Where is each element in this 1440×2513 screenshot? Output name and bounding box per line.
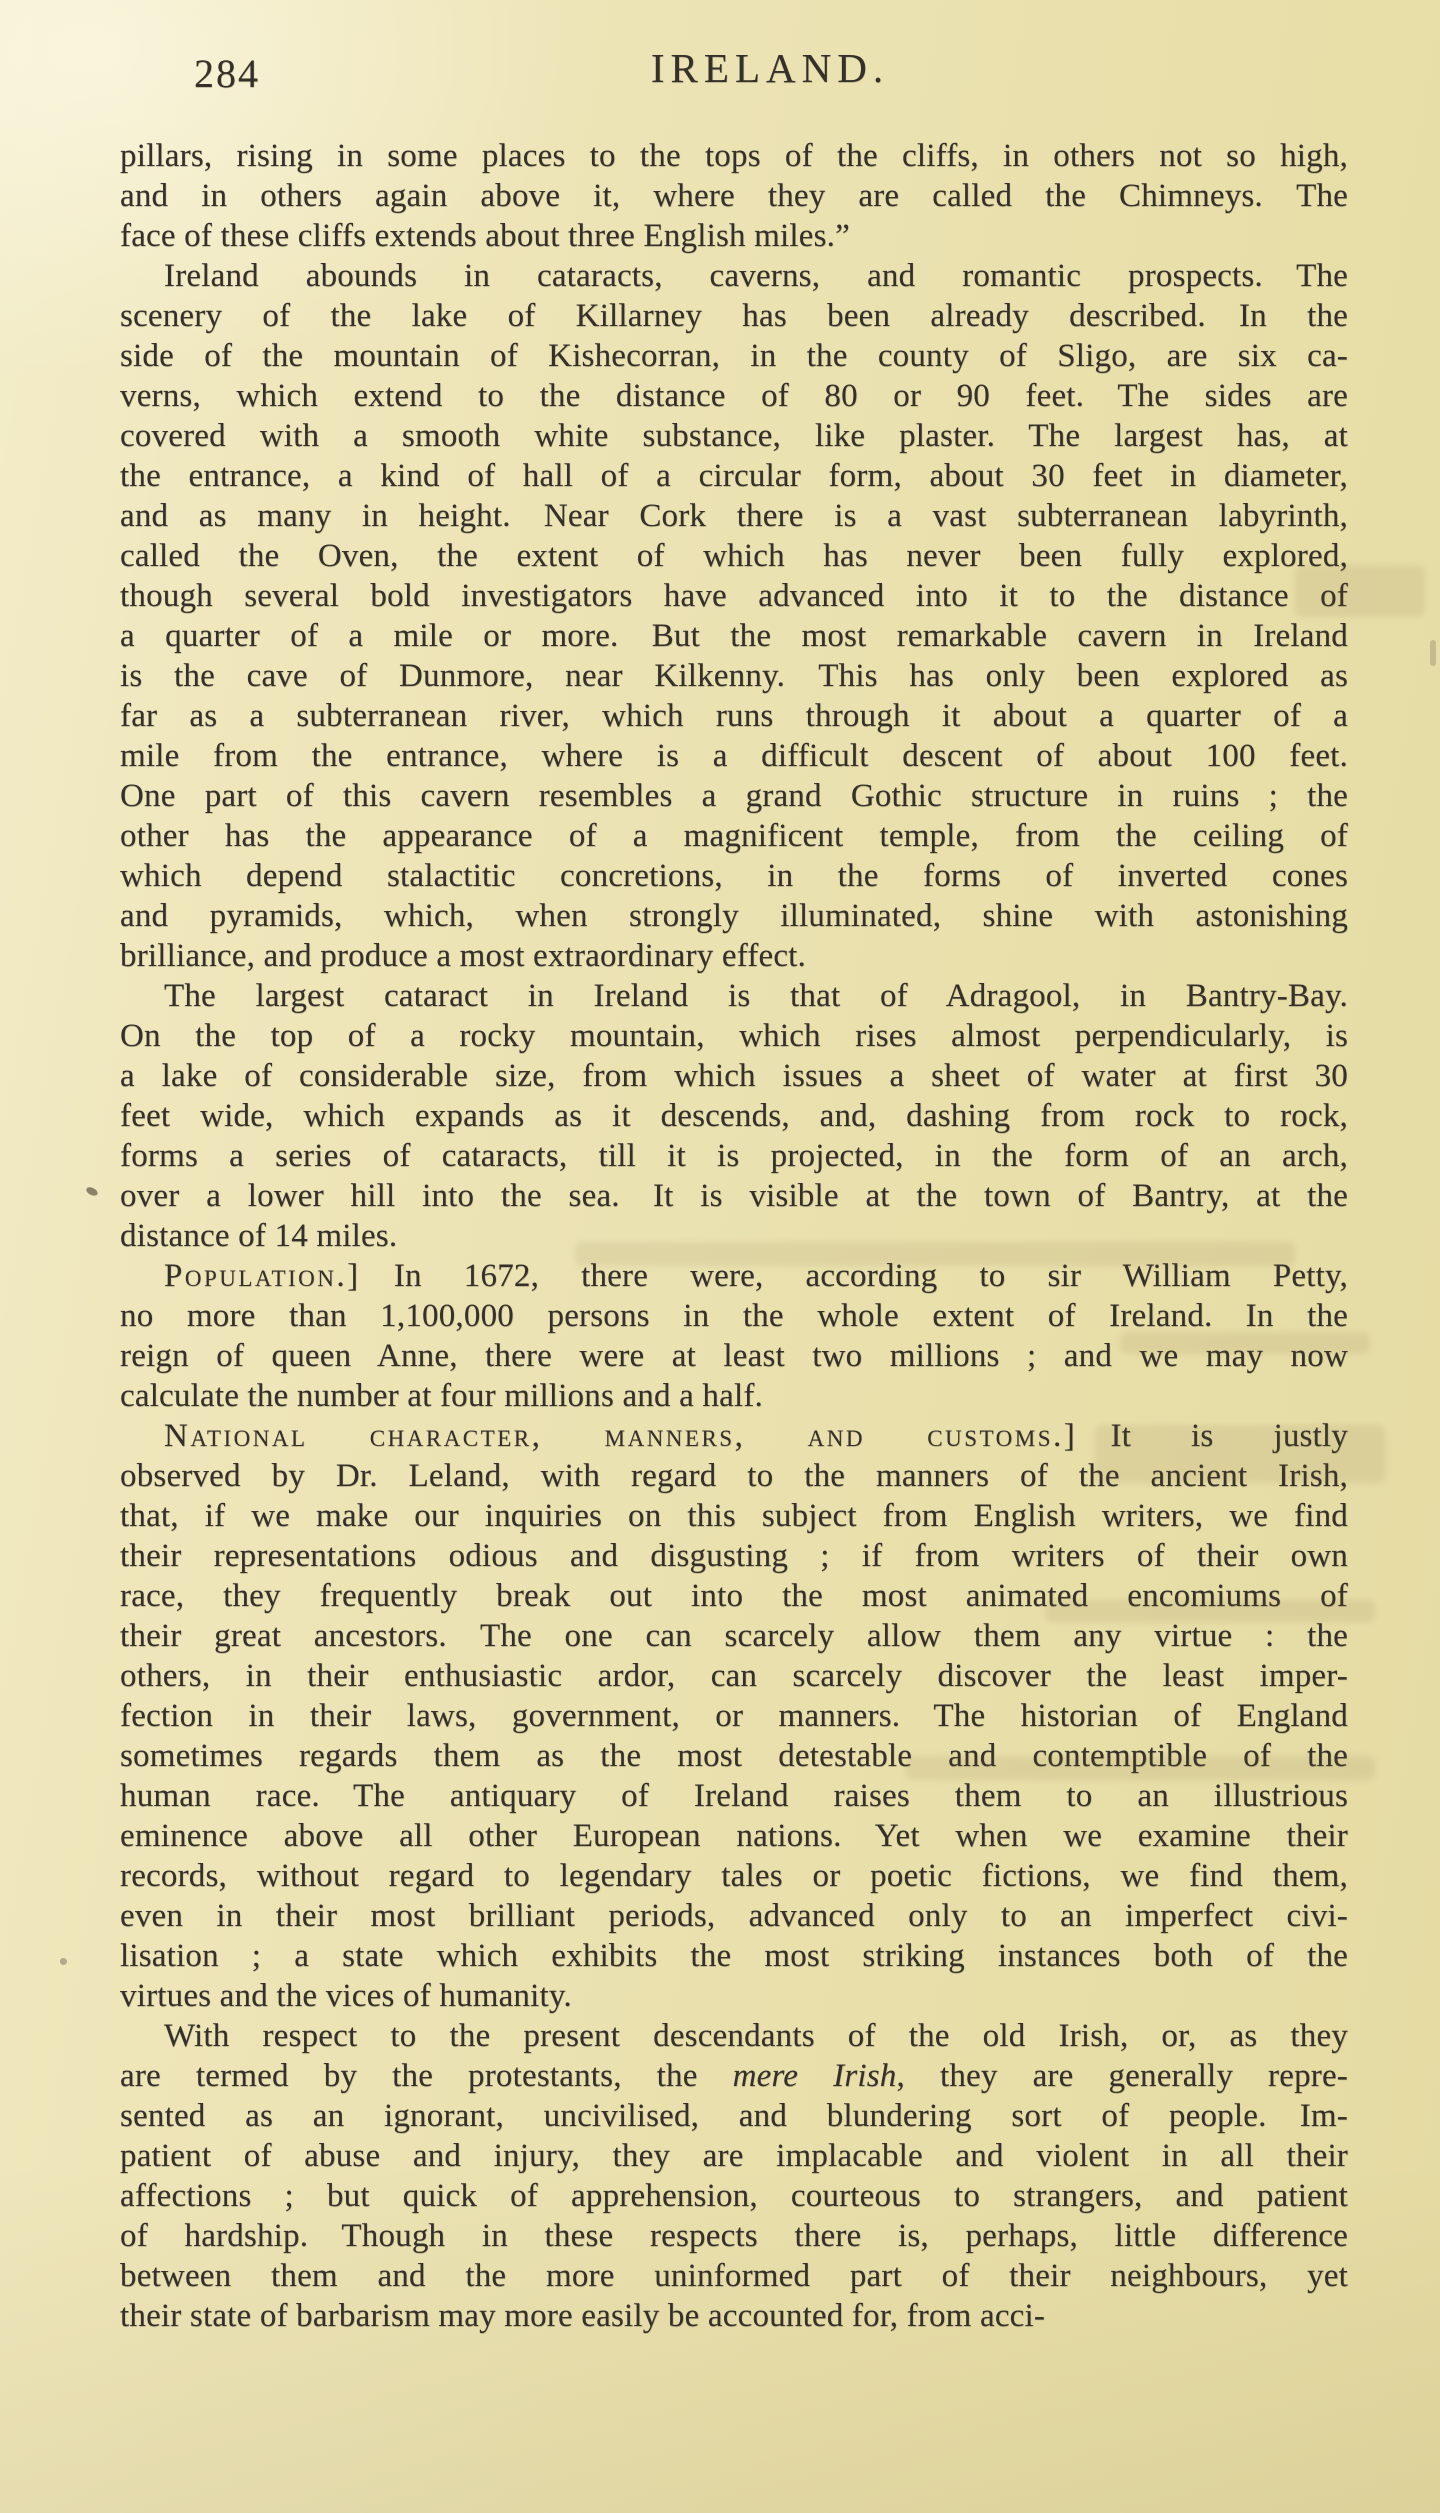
- scan-artifact: [1430, 640, 1436, 666]
- text-segment: affections ; but quick of apprehension, …: [120, 2178, 1348, 2214]
- show-through-ghost: [1045, 1600, 1375, 1622]
- text-segment: even in their most brilliant periods, ad…: [120, 1898, 1348, 1934]
- text-segment: called the Oven, the extent of which has…: [120, 538, 1348, 574]
- text-line: pillars, rising in some places to the to…: [120, 136, 1348, 176]
- text-line: is the cave of Dunmore, near Kilkenny. T…: [120, 656, 1348, 696]
- text-line: and in others again above it, where they…: [120, 176, 1348, 216]
- text-line: are termed by the protestants, the mere …: [120, 2056, 1348, 2096]
- text-line: affections ; but quick of apprehension, …: [120, 2176, 1348, 2216]
- running-title: IRELAND.: [120, 44, 1348, 92]
- text-line: between them and the more uninformed par…: [120, 2256, 1348, 2296]
- text-segment: side of the mountain of Kishecorran, in …: [120, 338, 1348, 374]
- text-segment: over a lower hill into the sea. It is vi…: [120, 1178, 1348, 1214]
- text-line: sented as an ignorant, uncivilised, and …: [120, 2096, 1348, 2136]
- text-line: virtues and the vices of humanity.: [120, 1976, 1348, 2016]
- italic-phrase: mere Irish: [733, 2058, 897, 2094]
- text-segment: face of these cliffs extends about three…: [120, 218, 850, 254]
- text-segment: mile from the entrance, where is a diffi…: [120, 738, 1348, 774]
- text-line: others, in their enthusiastic ardor, can…: [120, 1656, 1348, 1696]
- text-segment: calculate the number at four millions an…: [120, 1378, 763, 1414]
- scan-artifact: [60, 1958, 67, 1965]
- show-through-ghost: [905, 1756, 1375, 1780]
- smallcaps-heading: Population.]: [164, 1258, 361, 1294]
- text-line: eminence above all other European nation…: [120, 1816, 1348, 1856]
- text-line: lisation ; a state which exhibits the mo…: [120, 1936, 1348, 1976]
- text-line: which depend stalactitic concretions, in…: [120, 856, 1348, 896]
- text-line: face of these cliffs extends about three…: [120, 216, 1348, 256]
- text-segment: lisation ; a state which exhibits the mo…: [120, 1938, 1348, 1974]
- text-line: and pyramids, which, when strongly illum…: [120, 896, 1348, 936]
- text-segment: feet wide, which expands as it descends,…: [120, 1098, 1348, 1134]
- text-line: called the Oven, the extent of which has…: [120, 536, 1348, 576]
- text-segment: scenery of the lake of Killarney has bee…: [120, 298, 1348, 334]
- text-segment: their representations odious and disgust…: [120, 1538, 1348, 1574]
- show-through-ghost: [1095, 1425, 1385, 1483]
- text-line: their state of barbarism may more easily…: [120, 2296, 1348, 2336]
- text-line: that, if we make our inquiries on this s…: [120, 1496, 1348, 1536]
- text-line: One part of this cavern resembles a gran…: [120, 776, 1348, 816]
- text-segment: no more than 1,100,000 persons in the wh…: [120, 1298, 1348, 1334]
- text-line: their great ancestors. The one can scarc…: [120, 1616, 1348, 1656]
- text-line: records, without regard to legendary tal…: [120, 1856, 1348, 1896]
- text-segment: patient of abuse and injury, they are im…: [120, 2138, 1348, 2174]
- text-segment: eminence above all other European nation…: [120, 1818, 1348, 1854]
- text-segment: distance of 14 miles.: [120, 1218, 397, 1254]
- smallcaps-heading: National character, manners, and customs…: [164, 1418, 1077, 1454]
- text-line: their representations odious and disgust…: [120, 1536, 1348, 1576]
- text-line: a lake of considerable size, from which …: [120, 1056, 1348, 1096]
- text-segment: virtues and the vices of humanity.: [120, 1978, 572, 2014]
- paragraph: pillars, rising in some places to the to…: [120, 136, 1348, 256]
- scan-artifact: [85, 1186, 99, 1197]
- text-line: scenery of the lake of Killarney has bee…: [120, 296, 1348, 336]
- text-line: covered with a smooth white substance, l…: [120, 416, 1348, 456]
- show-through-ghost: [575, 1242, 1295, 1266]
- text-segment: which depend stalactitic concretions, in…: [120, 858, 1348, 894]
- paragraph: The largest cataract in Ireland is that …: [120, 976, 1348, 1256]
- text-segment: their state of barbarism may more easily…: [120, 2298, 1045, 2334]
- text-segment: and pyramids, which, when strongly illum…: [120, 898, 1348, 934]
- text-segment: and as many in height. Near Cork there i…: [120, 498, 1348, 534]
- text-segment: of hardship. Though in these respects th…: [120, 2218, 1348, 2254]
- text-line: mile from the entrance, where is a diffi…: [120, 736, 1348, 776]
- text-segment: others, in their enthusiastic ardor, can…: [120, 1658, 1348, 1694]
- text-line: over a lower hill into the sea. It is vi…: [120, 1176, 1348, 1216]
- text-line: no more than 1,100,000 persons in the wh…: [120, 1296, 1348, 1336]
- text-line: verns, which extend to the distance of 8…: [120, 376, 1348, 416]
- text-segment: a quarter of a mile or more. But the mos…: [120, 618, 1348, 654]
- show-through-ghost: [1295, 565, 1425, 617]
- text-segment: is the cave of Dunmore, near Kilkenny. T…: [120, 658, 1348, 694]
- text-line: and as many in height. Near Cork there i…: [120, 496, 1348, 536]
- text-segment: their great ancestors. The one can scarc…: [120, 1618, 1348, 1654]
- text-line: patient of abuse and injury, they are im…: [120, 2136, 1348, 2176]
- text-line: though several bold investigators have a…: [120, 576, 1348, 616]
- text-segment: brilliance, and produce a most extraordi…: [120, 938, 806, 974]
- text-segment: fection in their laws, government, or ma…: [120, 1698, 1348, 1734]
- show-through-ghost: [1120, 1332, 1370, 1354]
- text-segment: pillars, rising in some places to the to…: [120, 138, 1348, 174]
- text-segment: With respect to the present descendants …: [164, 2018, 1348, 2054]
- paragraph: Ireland abounds in cataracts, caverns, a…: [120, 256, 1348, 976]
- text-segment: records, without regard to legendary tal…: [120, 1858, 1348, 1894]
- text-segment: between them and the more uninformed par…: [120, 2258, 1348, 2294]
- text-segment: One part of this cavern resembles a gran…: [120, 778, 1348, 814]
- text-segment: forms a series of cataracts, till it is …: [120, 1138, 1348, 1174]
- text-segment: sented as an ignorant, uncivilised, and …: [120, 2098, 1348, 2134]
- text-line: human race. The antiquary of Ireland rai…: [120, 1776, 1348, 1816]
- text-segment: verns, which extend to the distance of 8…: [120, 378, 1348, 414]
- text-segment: On the top of a rocky mountain, which ri…: [120, 1018, 1348, 1054]
- text-line: brilliance, and produce a most extraordi…: [120, 936, 1348, 976]
- text-line: even in their most brilliant periods, ad…: [120, 1896, 1348, 1936]
- text-segment: far as a subterranean river, which runs …: [120, 698, 1348, 734]
- paragraph: With respect to the present descendants …: [120, 2016, 1348, 2336]
- text-segment: the entrance, a kind of hall of a circul…: [120, 458, 1348, 494]
- text-segment: human race. The antiquary of Ireland rai…: [120, 1778, 1348, 1814]
- text-segment: The largest cataract in Ireland is that …: [164, 978, 1348, 1014]
- text-line: the entrance, a kind of hall of a circul…: [120, 456, 1348, 496]
- book-page-scan: 284 IRELAND. pillars, rising in some pla…: [0, 0, 1440, 2513]
- text-segment: Ireland abounds in cataracts, caverns, a…: [164, 258, 1348, 294]
- body-text: pillars, rising in some places to the to…: [120, 136, 1348, 2336]
- text-segment: , they are generally repre-: [897, 2058, 1349, 2094]
- text-segment: other has the appearance of a magnificen…: [120, 818, 1348, 854]
- text-segment: that, if we make our inquiries on this s…: [120, 1498, 1348, 1534]
- text-line: far as a subterranean river, which runs …: [120, 696, 1348, 736]
- text-segment: are termed by the protestants, the: [120, 2058, 733, 2094]
- text-segment: covered with a smooth white substance, l…: [120, 418, 1348, 454]
- text-line: other has the appearance of a magnificen…: [120, 816, 1348, 856]
- text-line: On the top of a rocky mountain, which ri…: [120, 1016, 1348, 1056]
- text-line: a quarter of a mile or more. But the mos…: [120, 616, 1348, 656]
- text-line: The largest cataract in Ireland is that …: [120, 976, 1348, 1016]
- text-line: fection in their laws, government, or ma…: [120, 1696, 1348, 1736]
- text-line: feet wide, which expands as it descends,…: [120, 1096, 1348, 1136]
- page-header: 284 IRELAND.: [120, 44, 1348, 104]
- text-line: side of the mountain of Kishecorran, in …: [120, 336, 1348, 376]
- text-line: With respect to the present descendants …: [120, 2016, 1348, 2056]
- text-segment: though several bold investigators have a…: [120, 578, 1348, 614]
- text-line: forms a series of cataracts, till it is …: [120, 1136, 1348, 1176]
- paragraph: National character, manners, and customs…: [120, 1416, 1348, 2016]
- text-line: of hardship. Though in these respects th…: [120, 2216, 1348, 2256]
- text-segment: and in others again above it, where they…: [120, 178, 1348, 214]
- text-segment: a lake of considerable size, from which …: [120, 1058, 1348, 1094]
- text-line: Ireland abounds in cataracts, caverns, a…: [120, 256, 1348, 296]
- text-line: calculate the number at four millions an…: [120, 1376, 1348, 1416]
